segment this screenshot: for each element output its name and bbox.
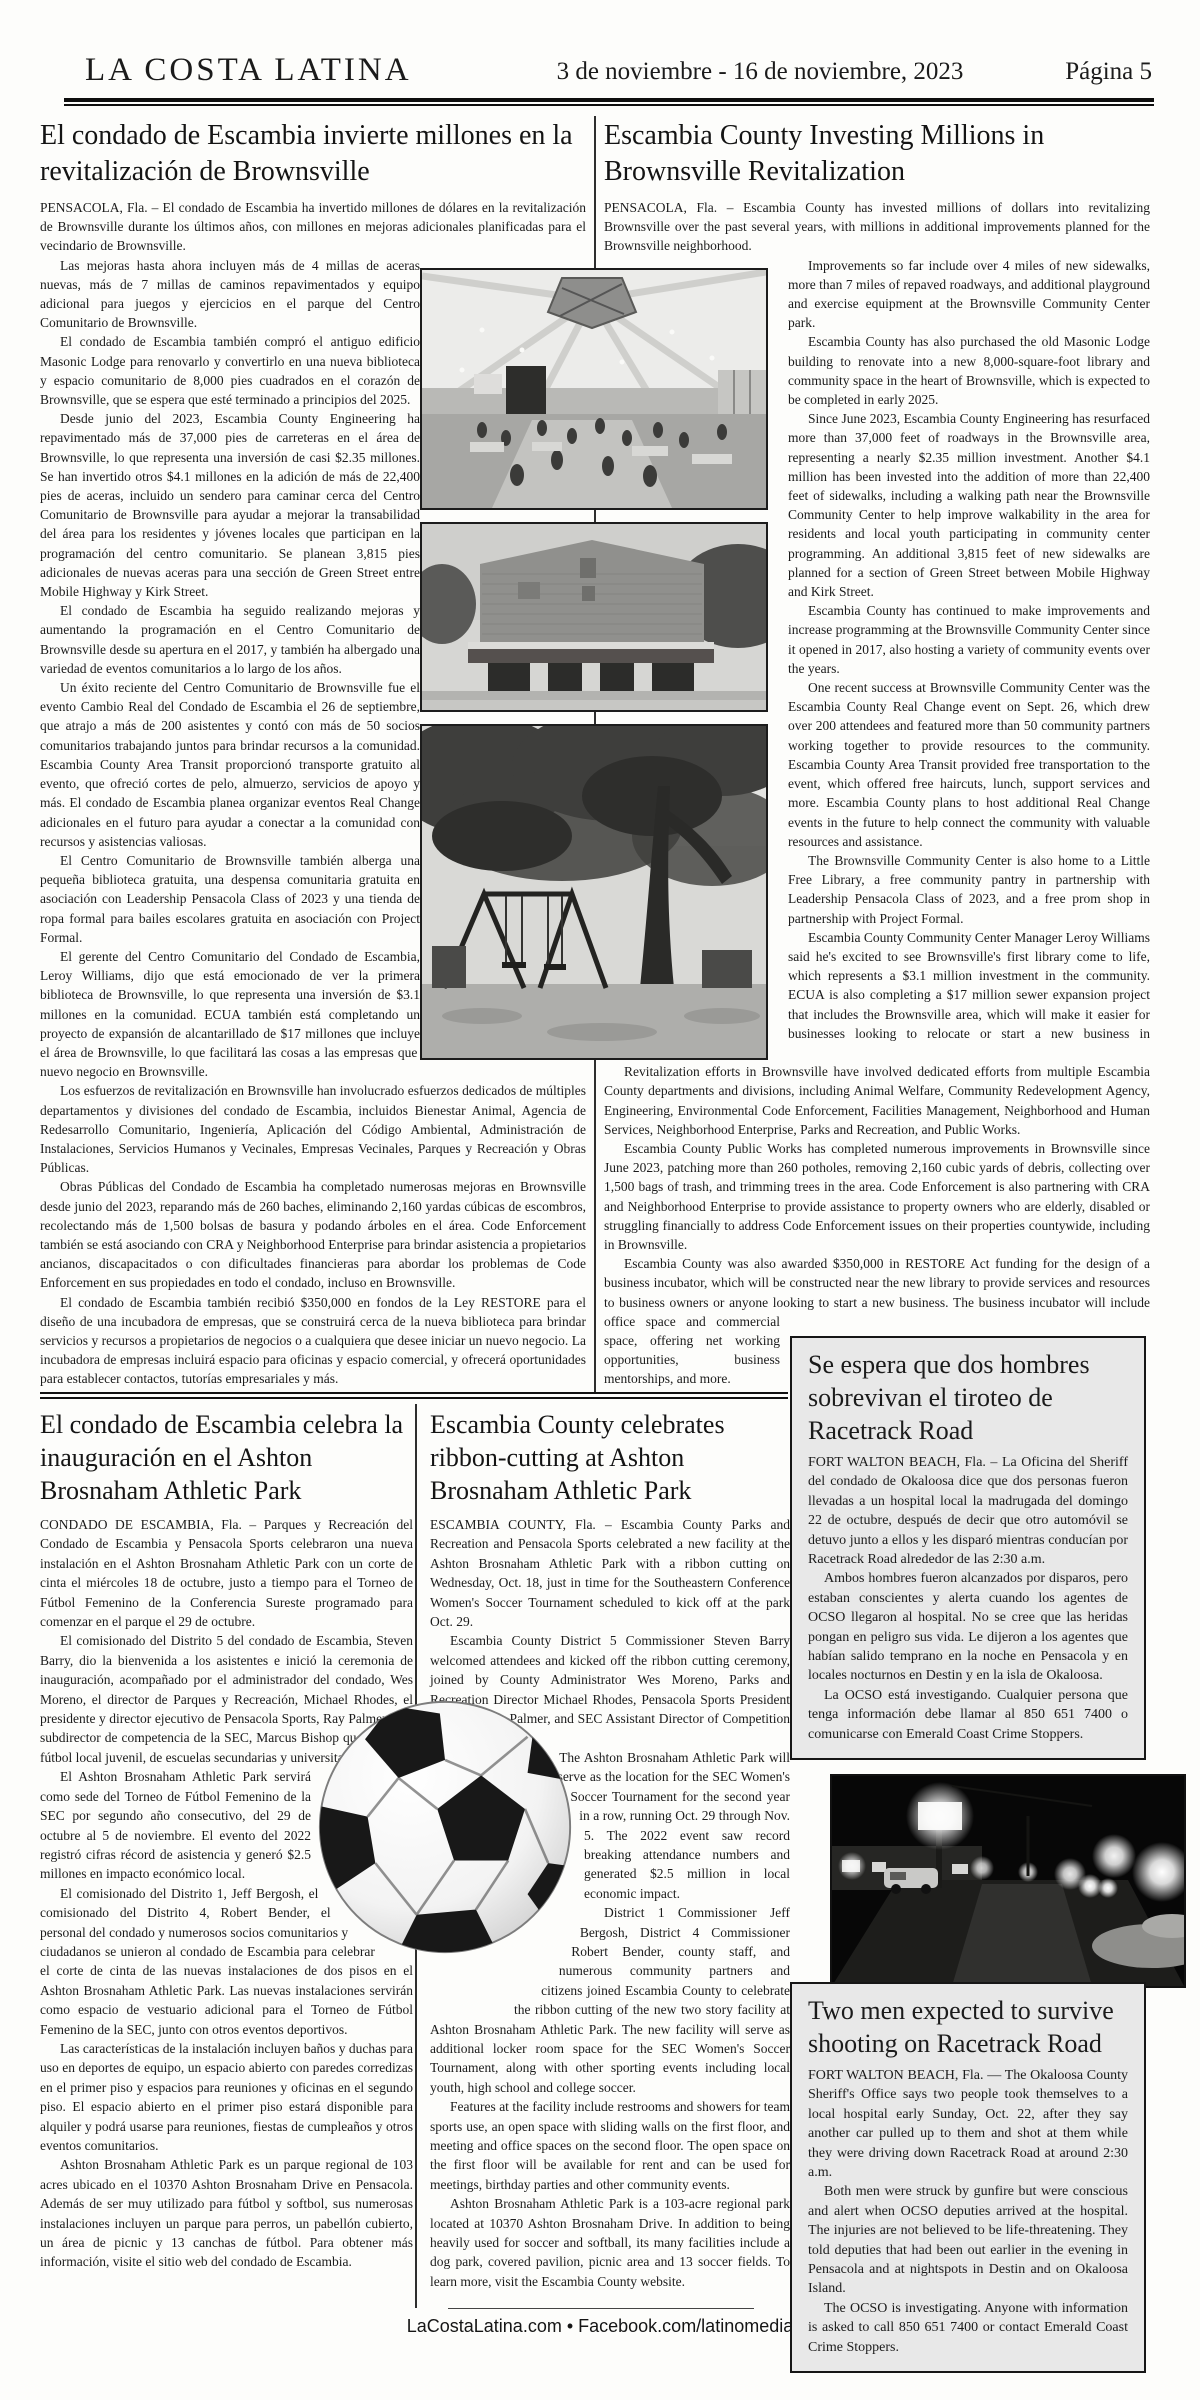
photo-community-center-event: [420, 268, 768, 510]
article-paragraph: Los esfuerzos de revitalización en Brown…: [40, 1081, 586, 1177]
newspaper-page: LA COSTA LATINA 3 de noviembre - 16 de n…: [0, 0, 1200, 2400]
issue-date: 3 de noviembre - 16 de noviembre, 2023: [480, 58, 1040, 86]
headline-racetrack-es: Se espera que dos hombres sobrevivan el …: [808, 1348, 1128, 1447]
article-paragraph: PENSACOLA, Fla. – El condado de Escambia…: [40, 198, 586, 256]
article-racetrack-en: Two men expected to survive shooting on …: [790, 1982, 1146, 2373]
article-paragraph: La OCSO está investigando. Cualquier per…: [808, 1686, 1128, 1744]
section-divider-rule: [40, 1392, 788, 1399]
article-paragraph: CONDADO DE ESCAMBIA, Fla. – Parques y Re…: [40, 1515, 413, 1631]
photo-night-street: [830, 1774, 1186, 1988]
article-paragraph: Features at the facility include restroo…: [430, 2097, 790, 2194]
article-paragraph: El condado de Escambia también recibió $…: [40, 1293, 586, 1389]
footer-rule: [448, 2308, 754, 2309]
headline-racetrack-en: Two men expected to survive shooting on …: [808, 1994, 1128, 2060]
page-number: Página 5: [1065, 58, 1152, 86]
article-paragraph: ESCAMBIA COUNTY, Fla. – Escambia County …: [430, 1515, 790, 1631]
article-paragraph: PENSACOLA, Fla. – Escambia County has in…: [604, 198, 1150, 256]
masthead-rule: [64, 98, 1154, 106]
article-paragraph: The OCSO is investigating. Anyone with i…: [808, 2299, 1128, 2357]
photo-masonic-lodge: [420, 522, 768, 712]
masthead-title: LA COSTA LATINA: [85, 52, 412, 89]
article-paragraph: Both men were struck by gunfire but were…: [808, 2182, 1128, 2298]
article-paragraph: Obras Públicas del Condado de Escambia h…: [40, 1177, 586, 1292]
soccer-ball-image: [316, 1698, 574, 1956]
article-paragraph: Ambos hombres fueron alcanzados por disp…: [808, 1569, 1128, 1685]
photo-playground: [420, 724, 768, 1060]
headline-brownsville-es: El condado de Escambia invierte millones…: [40, 118, 586, 190]
article-paragraph: Las características de la instalación in…: [40, 2039, 413, 2155]
headline-ashton-en: Escambia County celebrates ribbon-cuttin…: [430, 1408, 790, 1507]
headline-ashton-es: El condado de Escambia celebra la inaugu…: [40, 1408, 413, 1507]
article-paragraph: Ashton Brosnaham Athletic Park es un par…: [40, 2155, 413, 2271]
article-racetrack-es: Se espera que dos hombres sobrevivan el …: [790, 1336, 1146, 1760]
footer-links: LaCostaLatina.com • Facebook.com/latinom…: [400, 2316, 800, 2337]
headline-brownsville-en: Escambia County Investing Millions in Br…: [604, 118, 1150, 190]
article-paragraph: FORT WALTON BEACH, Fla. — The Okaloosa C…: [808, 2066, 1128, 2182]
photo-stack: [420, 268, 768, 1072]
article-paragraph: FORT WALTON BEACH, Fla. – La Oficina del…: [808, 1453, 1128, 1569]
article-paragraph: Ashton Brosnaham Athletic Park is a 103-…: [430, 2194, 790, 2291]
